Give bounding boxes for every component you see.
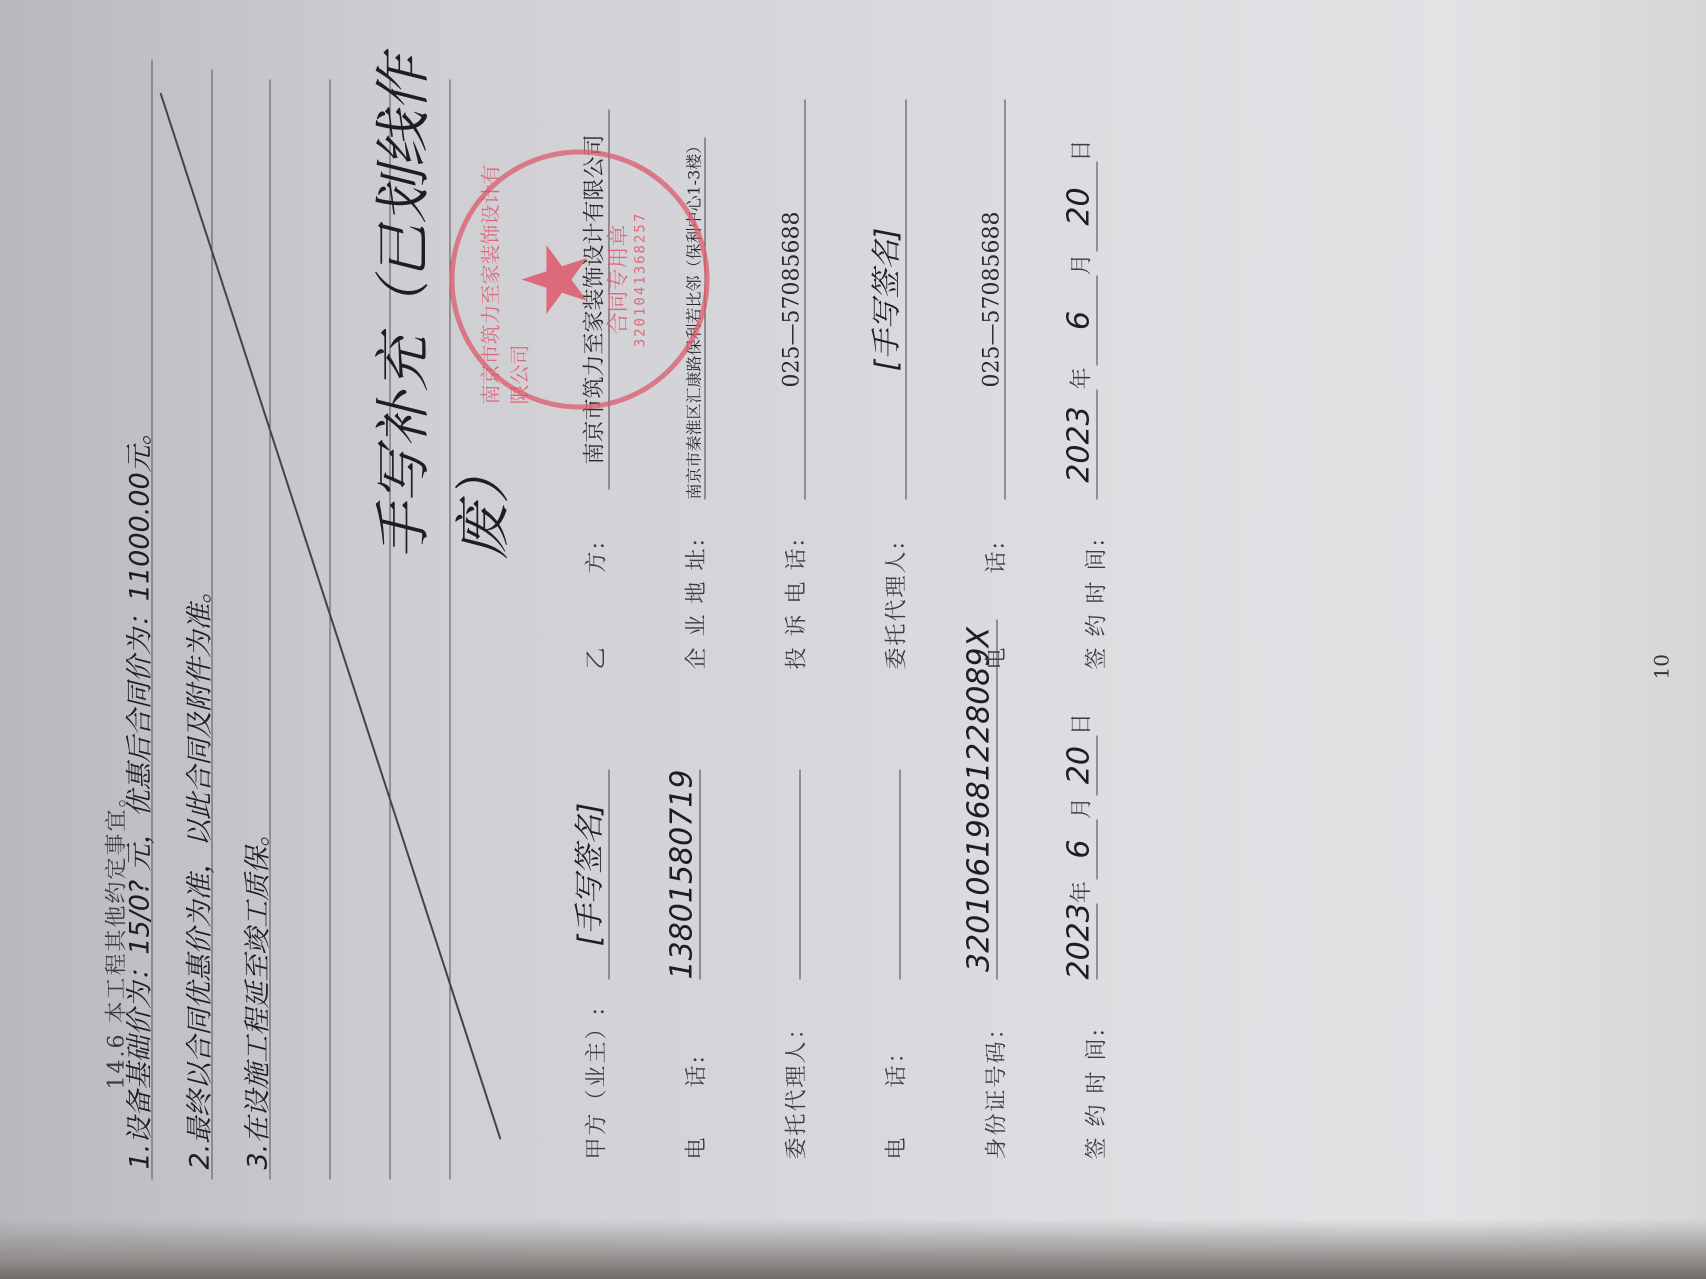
- party-b-day: 20: [1062, 161, 1098, 251]
- party-b-year: 2023: [1062, 390, 1098, 500]
- party-b-address-label: 企 业 地 址:: [680, 537, 711, 669]
- party-b-phone: 025—57085688: [980, 100, 1006, 500]
- term-1: 1.设备基础价为：15/0? 元，优惠后合同价为：11000.00元。: [118, 418, 157, 1169]
- party-b-phone-label: 电 话:: [980, 540, 1011, 669]
- party-a-phone-label: 电 话:: [680, 1054, 711, 1159]
- party-a-date: 2023年6月20日: [1062, 711, 1098, 979]
- party-a-day: 20: [1062, 735, 1098, 795]
- seal-number: 3201041368257: [632, 212, 648, 348]
- party-b-month: 6: [1062, 275, 1098, 365]
- day-suffix: 日: [1070, 137, 1095, 161]
- party-a-phone: 13801580719: [665, 770, 701, 980]
- year-suffix: 年: [1070, 365, 1095, 389]
- term-2: 2.最终以合同优惠价为准，以此合同及附件为准。: [178, 577, 217, 1170]
- day-suffix: 日: [1070, 711, 1095, 735]
- party-a-agent-phone: [900, 770, 901, 980]
- party-a-date-label: 签 约 时 间:: [1080, 1027, 1111, 1159]
- party-a-year: 2023: [1062, 903, 1098, 979]
- ruled-line: [330, 80, 331, 1180]
- party-b-agent-signature: [手写签名]: [862, 100, 907, 500]
- company-seal: 南京市筑力至家装饰设计有限公司 ★ 合同专用章 3201041368257: [450, 150, 710, 410]
- party-b-date: 2023年6月20日: [1062, 137, 1098, 499]
- year-suffix: 年: [1070, 879, 1095, 903]
- contract-page: 14.6 本工程其他约定事宜。 1.设备基础价为：15/0? 元，优惠后合同价为…: [0, 1, 1706, 1279]
- party-b-label: 乙 方:: [580, 540, 611, 669]
- party-a-agent-label: 委托代理人：: [780, 1015, 811, 1159]
- party-a-id-label: 身份证号码：: [980, 1015, 1011, 1159]
- term-3: 3.在设施工程延至竣工质保。: [236, 820, 275, 1170]
- party-b-complaint-phone: 025—57085688: [780, 100, 806, 500]
- month-suffix: 月: [1070, 795, 1095, 819]
- month-suffix: 月: [1070, 251, 1095, 275]
- party-a-id-number: 32010619681228089X: [962, 620, 998, 980]
- page-number: 10: [1650, 654, 1674, 679]
- party-b-agent-label: 委托代理人:: [880, 540, 911, 669]
- party-a-label: 甲方（业主）:: [580, 1006, 611, 1159]
- seal-arc-text: 南京市筑力至家装饰设计有限公司: [475, 155, 533, 405]
- party-b-date-label: 签 约 时 间:: [1080, 537, 1111, 669]
- party-a-signature: [手写签名]: [565, 770, 610, 980]
- seal-center-text: 合同专用章: [601, 225, 632, 335]
- party-a-month: 6: [1062, 819, 1098, 879]
- party-a-agent: [800, 770, 801, 980]
- party-b-complaint-label: 投 诉 电 话:: [780, 537, 811, 669]
- party-a-agent-phone-label: 电 话：: [880, 1039, 911, 1159]
